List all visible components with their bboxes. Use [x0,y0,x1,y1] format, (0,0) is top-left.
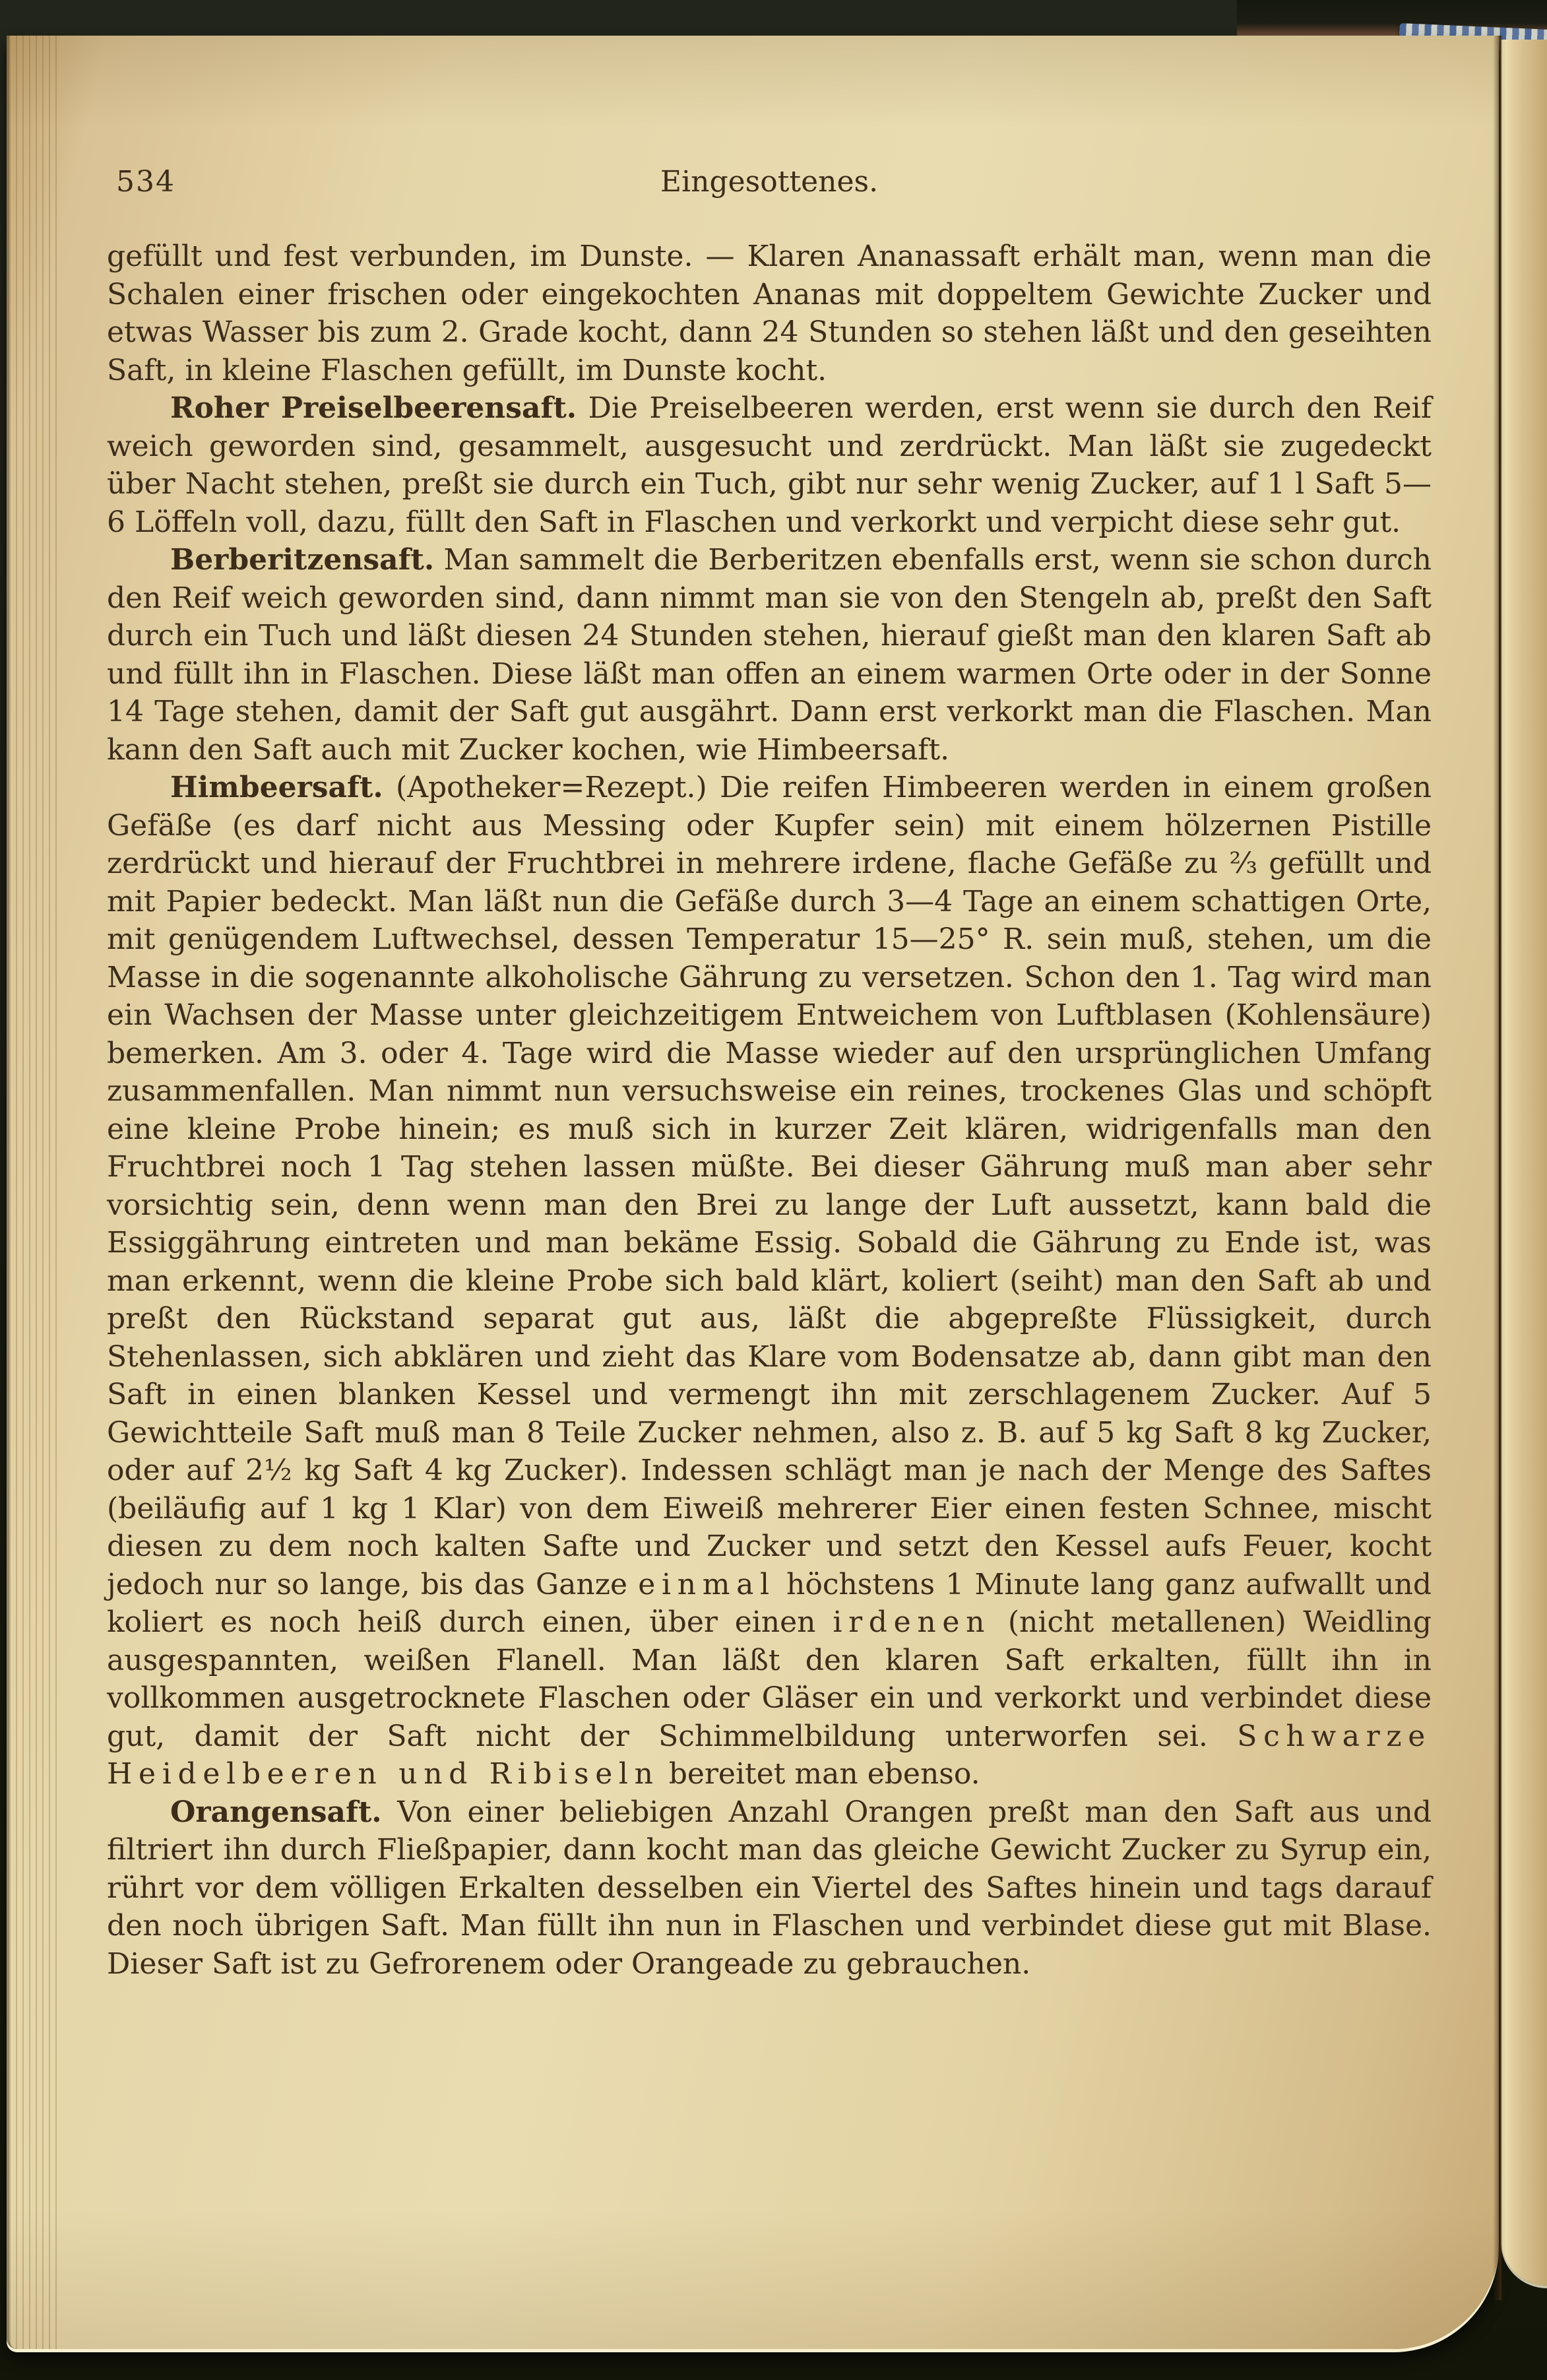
paragraph: Roher Preiselbeerensaft. Die Preiselbeer… [107,389,1432,541]
book-gutter-crease [1493,36,1506,2300]
recipe-heading: Orangensaft. [170,1795,382,1829]
body-text: gefüllt und fest verbunden, im Dunste. —… [107,238,1432,1983]
page-content: 534 Eingesottenes. gefüllt und fest verb… [107,165,1432,1983]
paragraph: Berberitzensaft. Man sammelt die Berberi… [107,541,1432,769]
book-page: 534 Eingesottenes. gefüllt und fest verb… [7,36,1499,2349]
running-title: Eingesottenes. [107,165,1432,199]
page-fore-edge [7,36,61,2349]
spaced-text: irdenen [833,1605,991,1639]
paragraph-text: gefüllt und fest verbunden, im Dunste. —… [107,240,1432,387]
recipe-heading: Roher Preiselbeerensaft. [170,391,577,425]
page-header: 534 Eingesottenes. [107,165,1432,207]
paragraph-text: bereitet man ebenso. [660,1757,980,1791]
recipe-heading: Himbeersaft. [170,771,383,804]
spaced-text: einmal [638,1568,776,1601]
paragraph: Orangensaft. Von einer beliebigen Anzahl… [107,1793,1432,1983]
recipe-heading: Berberitzensaft. [170,543,434,577]
paragraph: Himbeersaft. (Apotheker=Rezept.) Die rei… [107,769,1432,1793]
paragraph: gefüllt und fest verbunden, im Dunste. —… [107,238,1432,389]
next-page-edge [1501,40,1547,2286]
paragraph-text: (Apotheker=Rezept.) Die reifen Himbeeren… [107,771,1432,1601]
